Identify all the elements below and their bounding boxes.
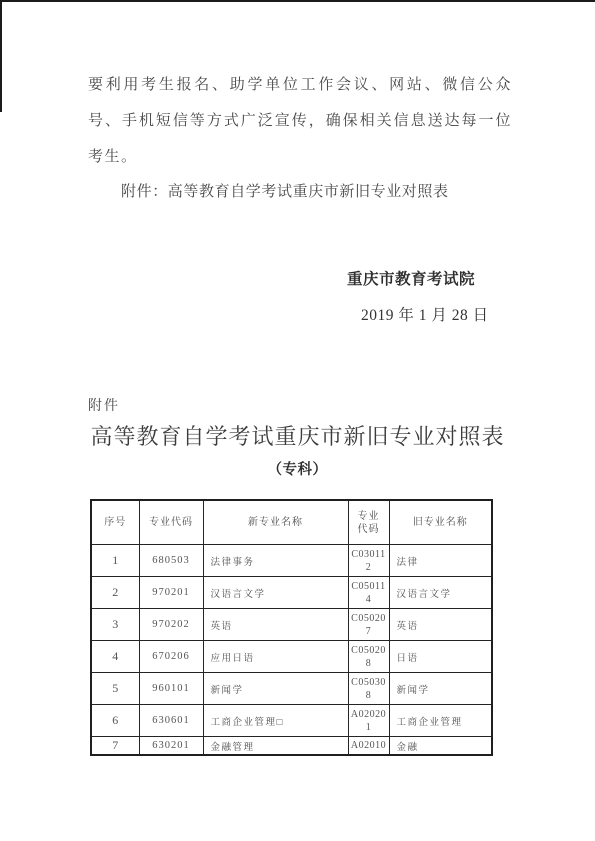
attachment-title: 高等教育自学考试重庆市新旧专业对照表	[0, 420, 595, 451]
table-header-row: 序号 专业代码 新专业名称 专业 代码 旧专业名称	[91, 500, 492, 545]
table-row: 3 970202 英语 C05020 7 英语	[91, 609, 492, 641]
cell-new-code: 630601	[139, 705, 203, 737]
cell-old-name: 日语	[389, 641, 492, 673]
cell-serial: 1	[91, 545, 139, 577]
cell-old-code: C05020 7	[348, 609, 389, 641]
table-row: 4 670206 应用日语 C05020 8 日语	[91, 641, 492, 673]
header-new-major-code: 专业代码	[139, 500, 203, 545]
table-row: 6 630601 工商企业管理□ A02020 1 工商企业管理	[91, 705, 492, 737]
table-row: 7 630201 金融管理 A02010 金融	[91, 737, 492, 756]
cell-new-code: 670206	[139, 641, 203, 673]
cell-serial: 7	[91, 737, 139, 756]
cell-serial: 3	[91, 609, 139, 641]
body-paragraph: 要利用考生报名、助学单位工作会议、网站、微信公众号、手机短信等方式广泛宣传，确保…	[88, 67, 512, 175]
attachment-label: 附件	[88, 395, 120, 415]
table-row: 2 970201 汉语言文学 C05011 4 汉语言文学	[91, 577, 492, 609]
document-page: 要利用考生报名、助学单位工作会议、网站、微信公众号、手机短信等方式广泛宣传，确保…	[0, 0, 595, 841]
scan-edge-left	[0, 0, 2, 112]
cell-new-name: 汉语言文学	[203, 577, 348, 609]
cell-old-name: 汉语言文学	[389, 577, 492, 609]
cell-new-name: 英语	[203, 609, 348, 641]
table-row: 5 960101 新闻学 C05030 8 新闻学	[91, 673, 492, 705]
cell-old-name: 法律	[389, 545, 492, 577]
header-old-major-code: 专业 代码	[348, 500, 389, 545]
cell-new-name: 应用日语	[203, 641, 348, 673]
cell-new-name: 工商企业管理□	[203, 705, 348, 737]
cell-old-name: 金融	[389, 737, 492, 756]
cell-serial: 4	[91, 641, 139, 673]
cell-serial: 2	[91, 577, 139, 609]
cell-serial: 6	[91, 705, 139, 737]
cell-new-name: 新闻学	[203, 673, 348, 705]
cell-old-name: 新闻学	[389, 673, 492, 705]
header-new-major-name: 新专业名称	[203, 500, 348, 545]
cell-new-code: 680503	[139, 545, 203, 577]
cell-old-code: C03011 2	[348, 545, 389, 577]
cell-new-name: 金融管理	[203, 737, 348, 756]
cell-old-name: 英语	[389, 609, 492, 641]
table-row: 1 680503 法律事务 C03011 2 法律	[91, 545, 492, 577]
cell-old-code: C05011 4	[348, 577, 389, 609]
major-comparison-table: 序号 专业代码 新专业名称 专业 代码 旧专业名称 1 680503 法律事务 …	[90, 499, 493, 756]
cell-serial: 5	[91, 673, 139, 705]
issuer-signature: 重庆市教育考试院	[347, 267, 475, 289]
attachment-subtitle: （专科）	[0, 458, 595, 479]
cell-new-code: 630201	[139, 737, 203, 756]
cell-old-code: A02020 1	[348, 705, 389, 737]
header-serial-number: 序号	[91, 500, 139, 545]
cell-new-code: 970202	[139, 609, 203, 641]
cell-old-name: 工商企业管理	[389, 705, 492, 737]
cell-new-name: 法律事务	[203, 545, 348, 577]
cell-old-code: C05030 8	[348, 673, 389, 705]
attachment-reference-line: 附件：高等教育自学考试重庆市新旧专业对照表	[121, 180, 449, 201]
scan-edge-top	[0, 0, 595, 2]
cell-new-code: 960101	[139, 673, 203, 705]
header-old-major-name: 旧专业名称	[389, 500, 492, 545]
cell-old-code: A02010	[348, 737, 389, 756]
cell-new-code: 970201	[139, 577, 203, 609]
cell-old-code: C05020 8	[348, 641, 389, 673]
issue-date: 2019 年 1 月 28 日	[361, 303, 489, 325]
